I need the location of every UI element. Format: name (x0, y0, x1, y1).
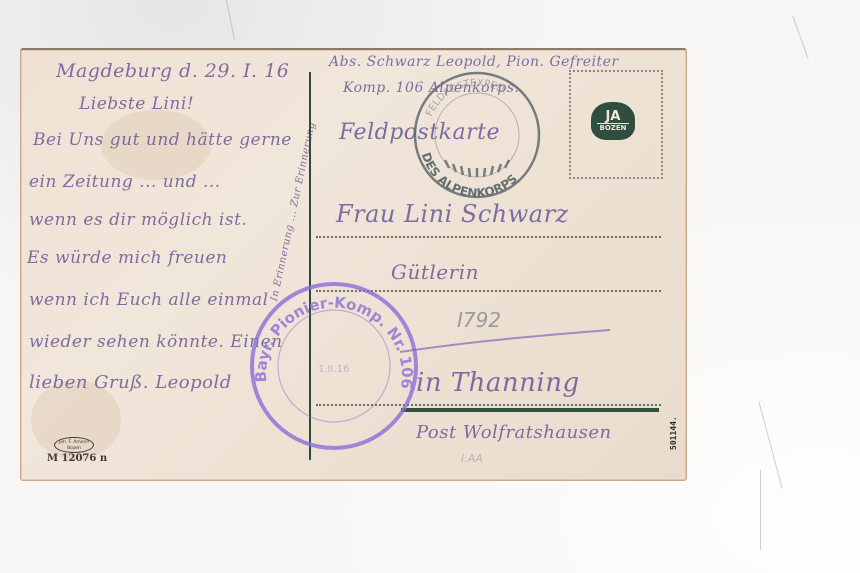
address-line (316, 404, 661, 406)
sender-line: Abs. Schwarz Leopold, Pion. Gefreiter (329, 54, 619, 70)
recipient-place: in Thanning (416, 368, 580, 398)
address-underline (401, 408, 659, 412)
message-signoff: lieben Gruß. Leopold (29, 372, 232, 393)
message-line: ein Zeitung ... und ... (29, 172, 221, 192)
feldpost-label: Feldpostkarte (339, 120, 500, 145)
postcard: Magdeburg d. 29. I. 16 Liebste Lini! Bei… (20, 48, 687, 481)
message-line: wenn es dir möglich ist. (29, 210, 247, 230)
address-line (316, 290, 661, 292)
maker-logo: Joh. F. Amonn Bozen (54, 437, 94, 453)
pencil-faint: I.AA (461, 452, 483, 465)
pencil-number: I792 (457, 308, 501, 332)
recipient-name: Frau Lini Schwarz (336, 200, 569, 228)
recipient-occupation: Gütlerin (391, 260, 479, 284)
paper-crease (760, 470, 761, 550)
message-salutation: Liebste Lini! (79, 94, 194, 114)
message-line: wenn ich Euch alle einmal (29, 290, 269, 310)
series-code: M 12076 n (47, 453, 107, 464)
message-line: wieder sehen könnte. Einen (29, 332, 283, 352)
card-divider (309, 72, 311, 460)
publisher-city: BOZEN (597, 123, 628, 132)
address-line (316, 236, 661, 238)
recipient-post: Post Wolfratshausen (416, 422, 612, 443)
serial-number: 501144. (669, 416, 678, 450)
publisher-monogram: JA (606, 110, 621, 123)
message-line: Bei Uns gut und hätte gerne (33, 130, 292, 150)
maker-city: Bozen (55, 446, 93, 452)
sender-line: Komp. 106 Alpenkorps. (343, 80, 519, 96)
publisher-logo: JA BOZEN (591, 102, 635, 140)
message-line: Es würde mich freuen (27, 248, 227, 268)
message-place-date: Magdeburg d. 29. I. 16 (56, 60, 289, 82)
